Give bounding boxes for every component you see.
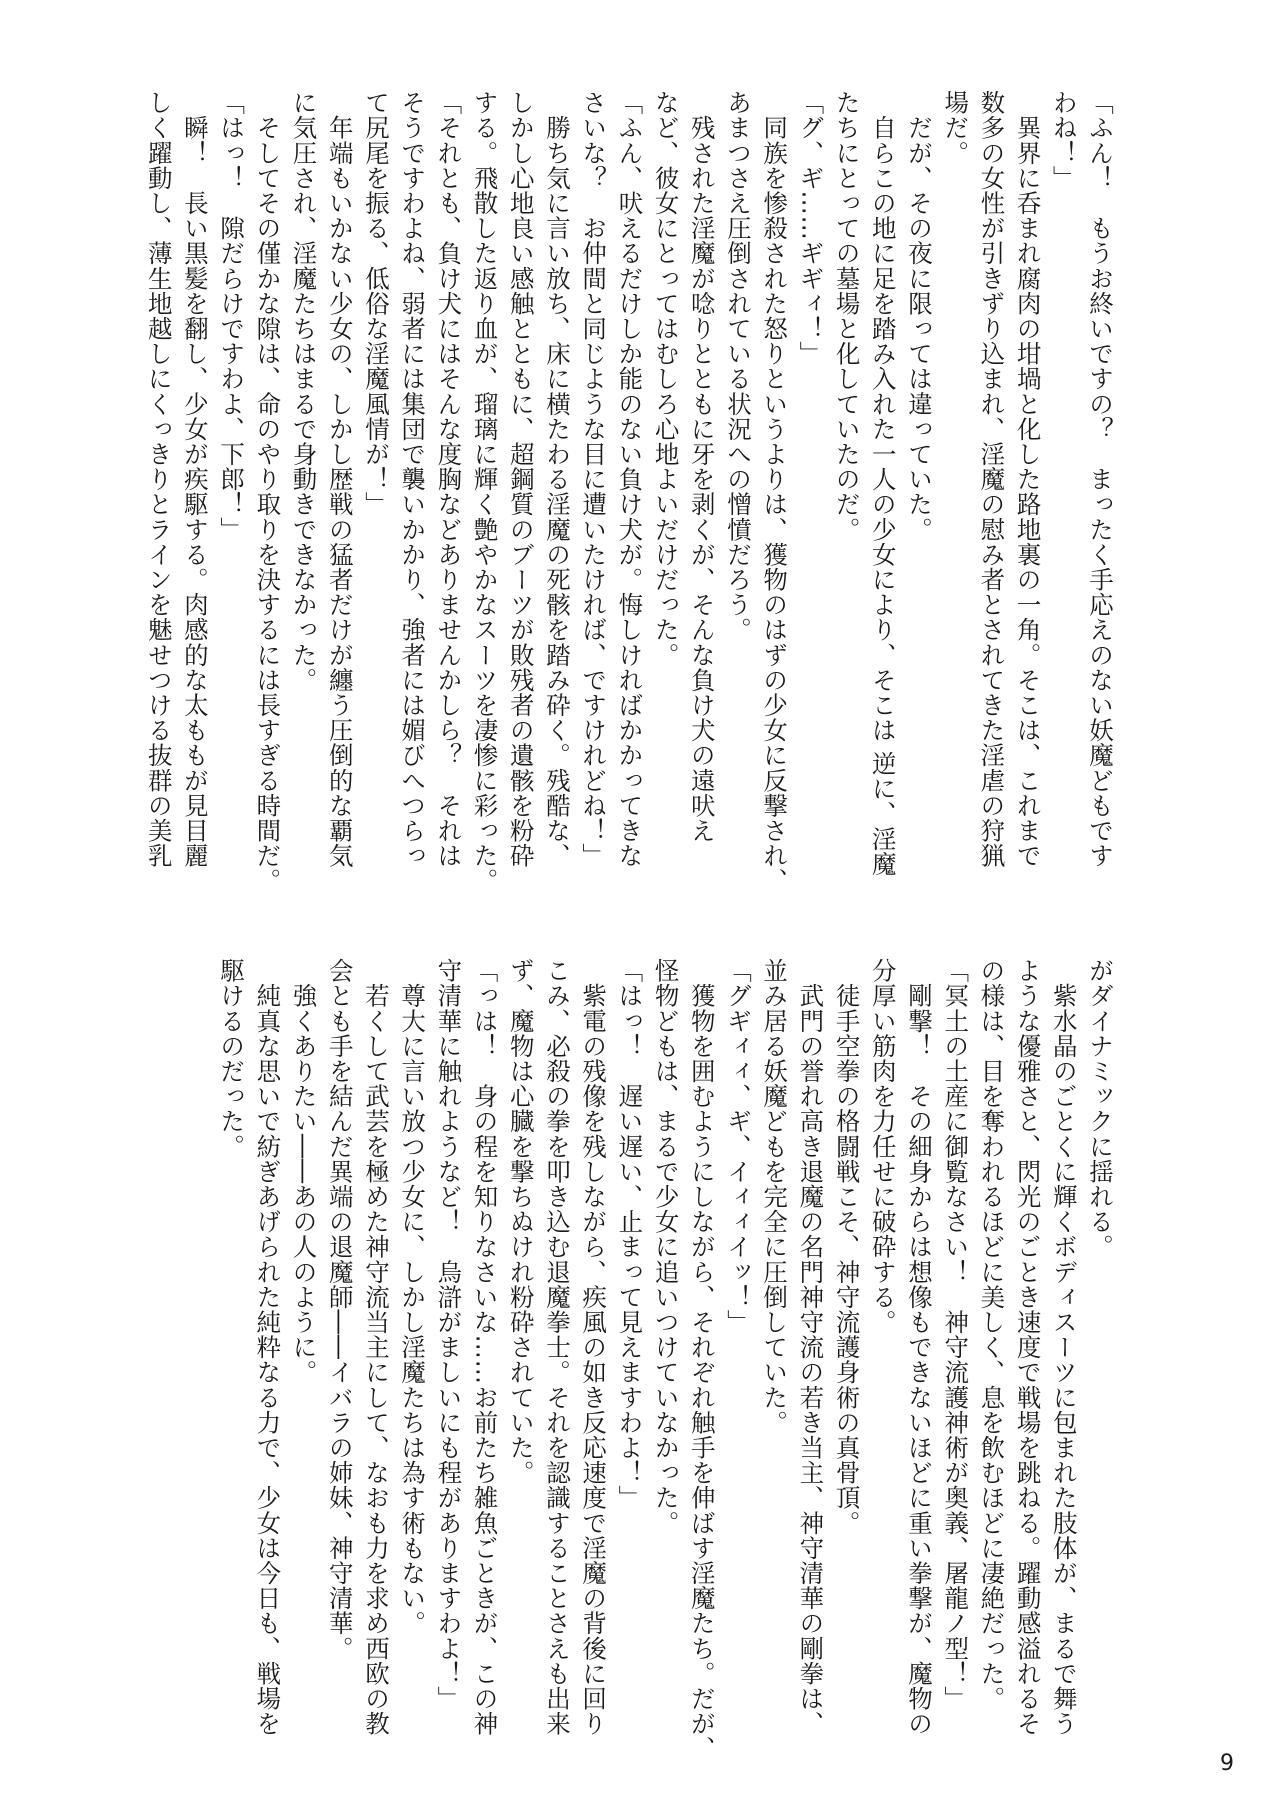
page-number: 9 [1220, 1751, 1234, 1776]
text-line: 異界に呑まれ腐肉の坩堝と化した路地裏の一角。そこは、これまで [1009, 90, 1045, 806]
text-line: あまつさえ圧倒されている状況への憎憤だろう。 [720, 90, 756, 806]
text-line: 剛撃！ その細身からは想像もできないほどに重い拳撃が、魔物の [901, 958, 937, 1674]
text-line: 若くして武芸を極めた神守流当主にして、なおも力を求め西欧の教 [358, 958, 394, 1674]
text-line: わね！」 [1046, 90, 1082, 806]
text-line: 勝ち気に言い放ち、床に横たわる淫魔の死骸を踏み砕く。残酷な、 [539, 90, 575, 806]
text-line: さいな？ お仲間と同じような目に遭いたければ、ですけれどね！」 [575, 90, 611, 806]
text-line: だが、その夜に限っては違っていた。 [901, 90, 937, 806]
text-line: 「グギィィ、ギ、イィィイッ！」 [720, 958, 756, 1674]
text-line: 「それとも、負け犬にはそんな度胸などありませんかしら？ それは [430, 90, 466, 806]
text-line: 獲物を囲むようにしながら、それぞれ触手を伸ばす淫魔たち。だが、 [684, 958, 720, 1674]
text-line: 守清華に触れようなど！ 烏滸がましいにも程がありますわよ！」 [430, 958, 466, 1674]
text-line: 自らこの地に足を踏み入れた一人の少女により、そこは 逆に、淫魔 [865, 90, 901, 806]
text-line: 駆けるのだった。 [213, 958, 249, 1674]
text-line: 「っは！ 身の程を知りなさいな……お前たち雑魚ごときが、この神 [466, 958, 502, 1674]
text-line: 紫電の残像を残しながら、疾風の如き反応速度で淫魔の背後に回り [575, 958, 611, 1674]
text-line: そしてその僅かな隙は、命のやり取りを決するには長すぎる時間だ。 [249, 90, 285, 806]
text-line: など、彼女にとってはむしろ心地よいだけだった。 [647, 90, 683, 806]
text-line: しく躍動し、薄生地越しにくっきりとラインを魅せつける抜群の美乳 [141, 90, 177, 806]
text-line: 武門の誉れ高き退魔の名門神守流の若き当主、神守清華の剛拳は、 [792, 958, 828, 1674]
text-line: 年端もいかない少女の、しかし歴戦の猛者だけが纏う圧倒的な覇気 [322, 90, 358, 806]
text-line: 怪物どもは、まるで少女に追いつけていなかった。 [647, 958, 683, 1674]
text-line: 純真な思いで紡ぎあげられた純粋なる力で、少女は今日も、戦場を [249, 958, 285, 1674]
text-line: 場だ。 [937, 90, 973, 806]
text-line: 瞬！ 長い黒髪を翻し、少女が疾駆する。肉感的な太ももが見目麗 [177, 90, 213, 806]
text-line: しかし心地良い感触とともに、超鋼質のブーツが敗残者の遺骸を粉砕 [503, 90, 539, 806]
text-line: 残された淫魔が唸りとともに牙を剥くが、そんな負け犬の遠吠え [684, 90, 720, 806]
text-line: ず、魔物は心臓を撃ちぬけれ粉砕されていた。 [503, 958, 539, 1674]
text-line: 並み居る妖魔どもを完全に圧倒していた。 [756, 958, 792, 1674]
text-line: がダイナミックに揺れる。 [1082, 958, 1118, 1674]
text-line: 「ふん、吠えるだけしか能のない負け犬が。悔しければかかってきな [611, 90, 647, 806]
text-line: の様は、目を奪われるほどに美しく、息を飲むほどに凄絶だった。 [973, 958, 1009, 1674]
text-line: ような優雅さと、閃光のごとき速度で戦場を跳ねる。躍動感溢れるそ [1009, 958, 1045, 1674]
text-line: 「はっ！ 遅い遅い、止まって見えますわよ！」 [611, 958, 647, 1674]
text-line: て尻尾を振る、低俗な淫魔風情が！」 [358, 90, 394, 806]
text-line: 数多の女性が引きずり込まれ、淫魔の慰み者とされてきた淫虐の狩猟 [973, 90, 1009, 806]
text-line: 強くありたい――あの人のように。 [285, 958, 321, 1674]
text-line: 「冥土の土産に御覧なさい！ 神守流護神術が奥義、屠龍ノ型！」 [937, 958, 973, 1674]
text-line: 会とも手を結んだ異端の退魔師――イバラの姉妹、神守清華。 [322, 958, 358, 1674]
text-line: 尊大に言い放つ少女に、しかし淫魔たちは為す術もない。 [394, 958, 430, 1674]
text-line: 徒手空拳の格闘戦こそ、神守流護身術の真骨頂。 [828, 958, 864, 1674]
text-line: 分厚い筋肉を力任せに破砕する。 [865, 958, 901, 1674]
text-line: する。飛散した返り血が、瑠璃に輝く艶やかなスーツを凄惨に彩った。 [466, 90, 502, 806]
text-line: 「グ、ギ……ギギィ！」 [792, 90, 828, 806]
text-line: たちにとっての墓場と化していたのだ。 [828, 90, 864, 806]
text-line: 「はっ！ 隙だらけですわよ、下郎！」 [213, 90, 249, 806]
text-line: 同族を惨殺された怒りというよりは、獲物のはずの少女に反撃され、 [756, 90, 792, 806]
text-line: 「ふん！ もうお終いですの？ まったく手応えのない妖魔どもです [1082, 90, 1118, 806]
text-block-bottom: がダイナミックに揺れる。 紫水晶のごとくに輝くボディスーツに包まれた肢体が、まる… [213, 958, 1118, 1674]
text-line: に気圧され、淫魔たちはまるで身動きできなかった。 [285, 90, 321, 806]
text-line: 紫水晶のごとくに輝くボディスーツに包まれた肢体が、まるで舞う [1046, 958, 1082, 1674]
text-block-top: 「ふん！ もうお終いですの？ まったく手応えのない妖魔どもです わね！」 異界に… [141, 90, 1118, 806]
text-line: こみ、必殺の拳を叩き込む退魔拳士。それを認識することさえも出来 [539, 958, 575, 1674]
text-line: そうですわよね、弱者には集団で襲いかかり、強者には媚びへつらっ [394, 90, 430, 806]
